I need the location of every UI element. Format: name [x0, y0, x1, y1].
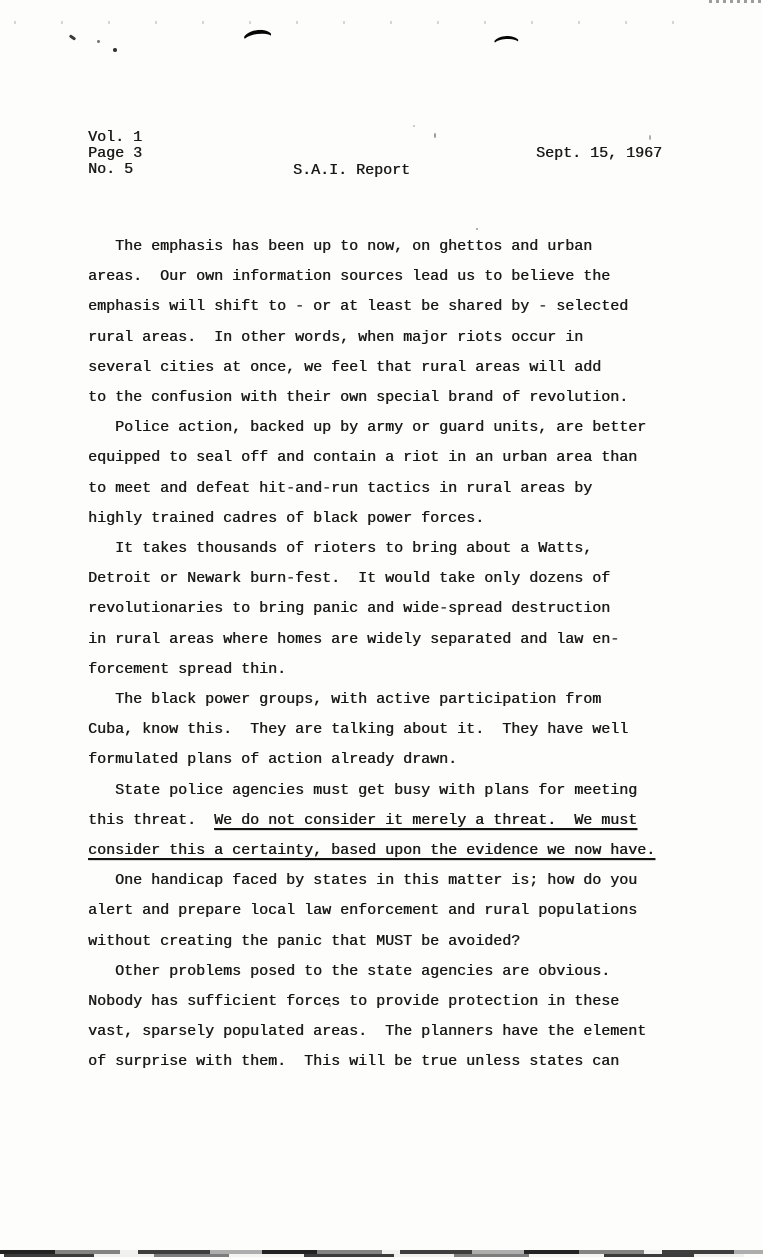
text-line: rural areas. In other words, when major …: [88, 323, 655, 353]
paragraph: One handicap faced by states in this mat…: [88, 866, 655, 957]
page-label: Page 3: [88, 145, 142, 162]
text-line: consider this a certainty, based upon th…: [88, 836, 655, 866]
text-line: The emphasis has been up to now, on ghet…: [88, 232, 655, 262]
scan-artifact-speck: [476, 228, 478, 230]
paragraph: The emphasis has been up to now, on ghet…: [88, 232, 655, 413]
scan-artifact-dust-row: [14, 21, 714, 24]
text-line: equipped to seal off and contain a riot …: [88, 443, 655, 473]
text-line: to the confusion with their own special …: [88, 383, 655, 413]
text-line: in rural areas where homes are widely se…: [88, 625, 655, 655]
text-line: highly trained cadres of black power for…: [88, 504, 655, 534]
text-line: Police action, backed up by army or guar…: [88, 413, 655, 443]
paragraph: It takes thousands of rioters to bring a…: [88, 534, 655, 685]
paragraph: Police action, backed up by army or guar…: [88, 413, 655, 534]
underlined-text: We do not consider it merely a threat. W…: [214, 812, 637, 829]
text-line: this threat. We do not consider it merel…: [88, 806, 655, 836]
text-line: Nobody has sufficient forces to provide …: [88, 987, 655, 1017]
scan-artifact-corner-dashes: [709, 0, 763, 3]
volume-label: Vol. 1: [88, 129, 142, 146]
underlined-text: consider this a certainty, based upon th…: [88, 842, 655, 859]
text-line: The black power groups, with active part…: [88, 685, 655, 715]
text-line: formulated plans of action already drawn…: [88, 745, 655, 775]
text-line: without creating the panic that MUST be …: [88, 927, 655, 957]
text-line: alert and prepare local law enforcement …: [88, 896, 655, 926]
document-date: Sept. 15, 1967: [536, 145, 662, 162]
text-line: It takes thousands of rioters to bring a…: [88, 534, 655, 564]
document-title: S.A.I. Report: [293, 162, 410, 179]
paragraph: Other problems posed to the state agenci…: [88, 957, 655, 1078]
text-line: Other problems posed to the state agenci…: [88, 957, 655, 987]
scan-artifact-speck: [649, 135, 651, 140]
text-line: of surprise with them. This will be true…: [88, 1047, 655, 1077]
scan-artifact-speck: [434, 133, 436, 138]
text-line: forcement spread thin.: [88, 655, 655, 685]
scan-artifact-page-edge: [4, 1254, 744, 1257]
scanned-document-page: Vol. 1 Page 3 Sept. 15, 1967 No. 5 S.A.I…: [0, 0, 763, 1259]
text-line: to meet and defeat hit-and-run tactics i…: [88, 474, 655, 504]
paragraph: The black power groups, with active part…: [88, 685, 655, 776]
issue-number: No. 5: [88, 161, 133, 178]
text-line: vast, sparsely populated areas. The plan…: [88, 1017, 655, 1047]
text-line: areas. Our own information sources lead …: [88, 262, 655, 292]
scan-artifact-speck: [413, 125, 415, 127]
scan-artifact-binder-arc: [493, 35, 521, 52]
scan-artifact-speck: [69, 34, 76, 40]
text-line: emphasis will shift to - or at least be …: [88, 292, 655, 322]
text-line: Detroit or Newark burn-fest. It would ta…: [88, 564, 655, 594]
text-line: several cities at once, we feel that rur…: [88, 353, 655, 383]
scan-artifact-binder-arc: [242, 28, 274, 50]
scan-artifact-speck: [113, 48, 117, 52]
document-body: The emphasis has been up to now, on ghet…: [88, 232, 655, 1078]
text-line: revolutionaries to bring panic and wide-…: [88, 594, 655, 624]
text-line: One handicap faced by states in this mat…: [88, 866, 655, 896]
text-line: Cuba, know this. They are talking about …: [88, 715, 655, 745]
scan-artifact-speck: [97, 40, 100, 43]
text-line: State police agencies must get busy with…: [88, 776, 655, 806]
paragraph: State police agencies must get busy with…: [88, 776, 655, 867]
